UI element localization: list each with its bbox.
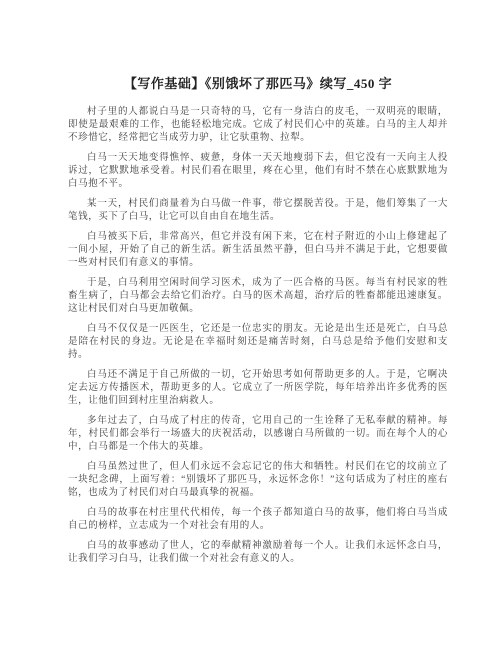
paragraph: 白马虽然过世了，但人们永远不会忘记它的伟大和牺牲。村民们在它的坟前立了一块纪念碑… <box>68 461 448 500</box>
paragraph: 白马的故事在村庄里代代相传，每一个孩子都知道白马的故事，他们将白马当成自己的榜样… <box>68 507 448 533</box>
paragraph: 白马一天天地变得憔悴、疲惫，身体一天天地瘦弱下去，但它没有一天向主人投诉过，它默… <box>68 152 448 191</box>
paragraph: 白马的故事感动了世人，它的奉献精神激励着每一个人。让我们永远怀念白马，让我们学习… <box>68 540 448 566</box>
paragraph: 多年过去了，白马成了村庄的传奇，它用自己的一生诠释了无私奉献的精神。每年，村民们… <box>68 415 448 454</box>
paragraph: 某一天，村民们商量着为白马做一件事，带它摆脱苦役。于是，他们筹集了一大笔钱，买下… <box>68 198 448 224</box>
paragraph: 村子里的人都说白马是一只奇特的马，它有一身洁白的皮毛，一双明亮的眼睛，即使是最艰… <box>68 106 448 145</box>
paragraph: 于是，白马利用空闲时间学习医术，成为了一匹合格的马医。每当有村民家的牲畜生病了，… <box>68 277 448 316</box>
document-page: 【写作基础】《别饿坏了那匹马》续写_450 字 村子里的人都说白马是一只奇特的马… <box>0 0 502 649</box>
paragraph: 白马还不满足于自己所做的一切，它开始思考如何帮助更多的人。于是，它啊决定去远方传… <box>68 369 448 408</box>
document-title: 【写作基础】《别饿坏了那匹马》续写_450 字 <box>68 76 448 92</box>
paragraph: 白马不仅仅是一匹医生，它还是一位忠实的朋友。无论是出生还是死亡，白马总是陪在村民… <box>68 323 448 362</box>
paragraph: 白马被买下后，非常高兴，但它并没有闲下来，它在村子附近的小山上修建起了一间小屋，… <box>68 231 448 270</box>
